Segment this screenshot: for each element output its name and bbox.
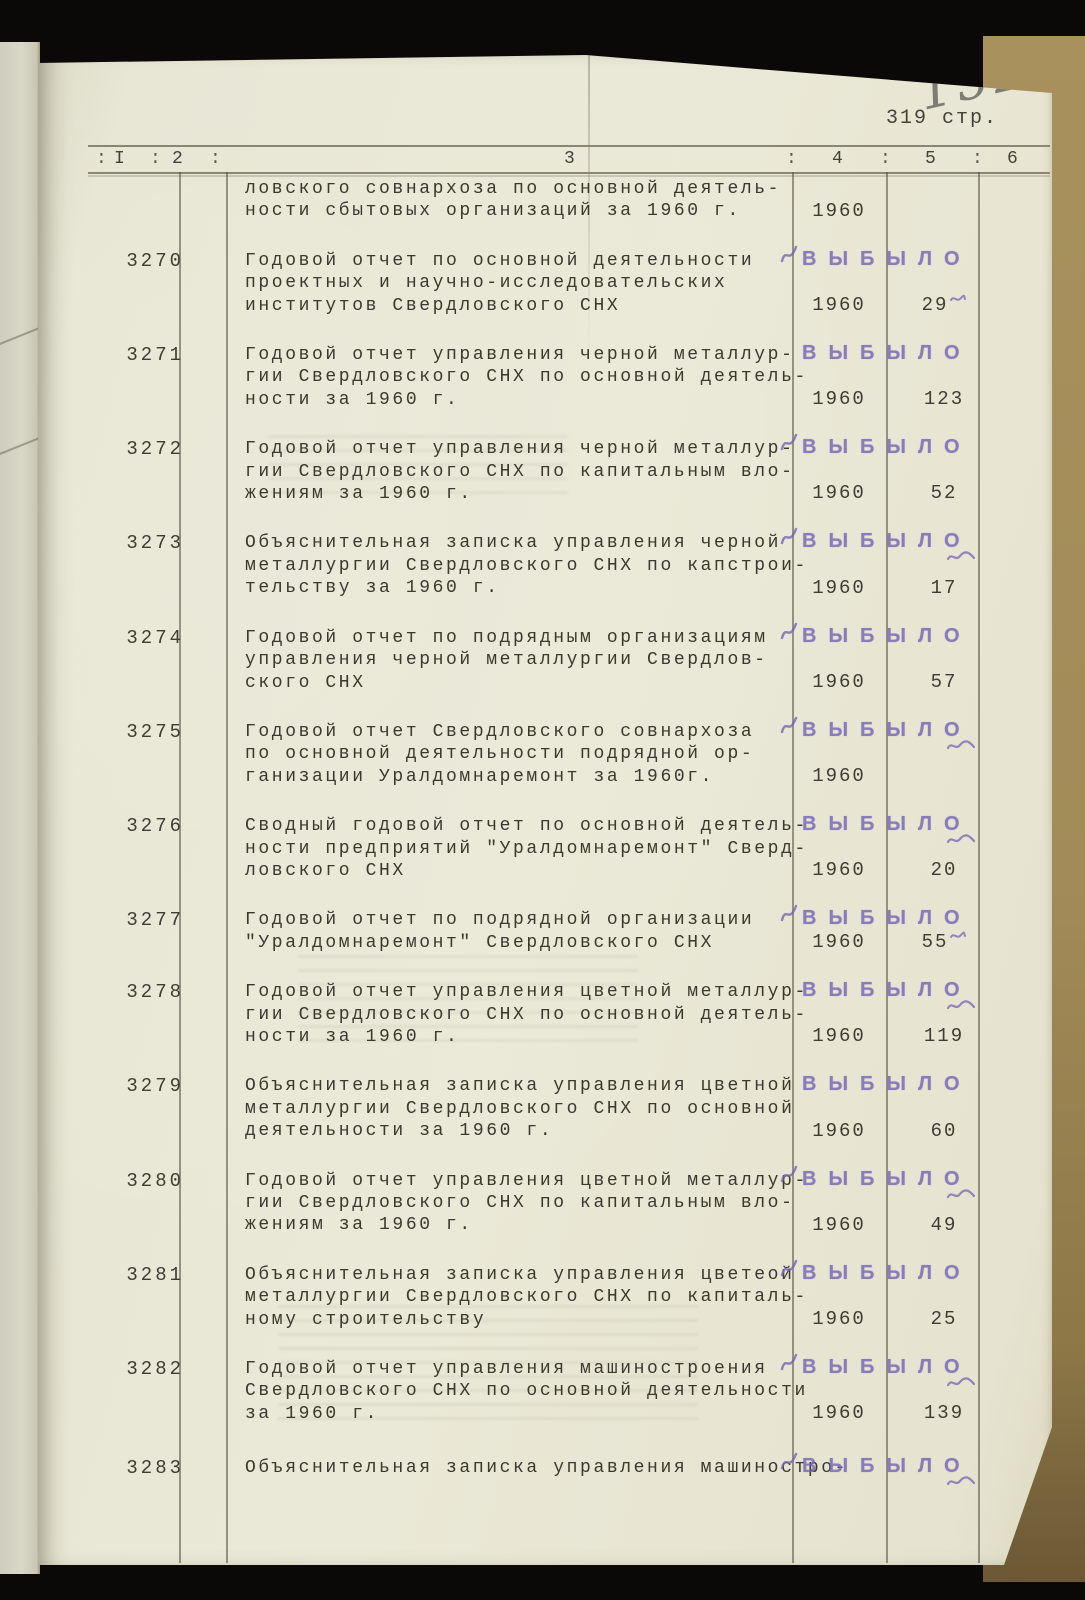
description-line: управления черной металлургии Свердлов-: [245, 649, 845, 671]
vybylo-stamp: ВЫБЫЛО: [802, 1168, 972, 1191]
record-description: Годовой отчет по подрядным организацияму…: [245, 627, 845, 694]
stamp-label: ВЫБЫЛО: [802, 530, 972, 552]
table-row: 3272 Годовой отчет управления черной мет…: [38, 438, 1052, 505]
stamp-label: ВЫБЫЛО: [802, 248, 972, 270]
description-line: деятельности за 1960 г.: [245, 1120, 845, 1142]
description-line: Объяснительная записка управления машино…: [245, 1457, 845, 1479]
stamp-flourish-icon: [946, 1475, 976, 1494]
sheet-count-value: 17: [931, 577, 958, 599]
record-number: 3282: [112, 1358, 184, 1380]
pen-tail-icon: [950, 288, 966, 310]
header-separator: :: [880, 147, 892, 171]
record-number: 3283: [112, 1457, 184, 1479]
description-line: гии Свердловского СНХ по капитальным вло…: [245, 1192, 845, 1214]
record-description: Объяснительная записка управления цветно…: [245, 1075, 845, 1142]
description-line: Годовой отчет управления черной металлур…: [245, 438, 845, 460]
table-row: 3276 Сводный годовой отчет по основной д…: [38, 815, 1052, 882]
stamp-flourish-icon: [946, 1376, 976, 1395]
record-description: Объяснительная записка управления цветео…: [245, 1264, 845, 1331]
sheet-count-value: 60: [931, 1120, 958, 1142]
record-year: 1960: [792, 931, 886, 953]
description-line: жениям за 1960 г.: [245, 1214, 845, 1236]
stamp-flourish-icon: [946, 999, 976, 1018]
description-line: ганизации Уралдомнаремонт за 1960г.: [245, 766, 845, 788]
vybylo-stamp: ВЫБЫЛО: [802, 625, 972, 648]
record-year: 1960: [792, 859, 886, 881]
description-line: металлургии Свердловского СНХ по основно…: [245, 1098, 845, 1120]
vybylo-stamp: ВЫБЫЛО: [802, 342, 972, 365]
stamp-checkmark-icon: [780, 432, 798, 461]
record-description: Годовой отчет управления черной металлур…: [245, 344, 845, 411]
record-description: Объяснительная записка управления машино…: [245, 1457, 845, 1479]
stamp-flourish-icon: [946, 739, 976, 758]
record-year: 1960: [792, 1120, 886, 1142]
sheet-count-label: 319 стр.: [886, 107, 998, 130]
table-rows: ловского совнархоза по основной деятель-…: [38, 172, 1052, 1508]
stamp-checkmark-icon: [780, 1451, 798, 1480]
column-header-2: 2: [172, 147, 184, 171]
header-separator: :: [150, 147, 162, 171]
table-row: 3280 Годовой отчет управления цветной ме…: [38, 1170, 1052, 1237]
description-line: Годовой отчет управления черной металлур…: [245, 344, 845, 366]
stamp-label: ВЫБЫЛО: [802, 436, 972, 458]
stamp-checkmark-icon: [780, 1258, 798, 1287]
sheet-count-value: 119: [924, 1025, 964, 1047]
description-line: Годовой отчет управления цветной металлу…: [245, 981, 845, 1003]
vybylo-stamp: ВЫБЫЛО: [802, 1073, 972, 1096]
column-header-6: 6: [1007, 147, 1019, 171]
description-line: ности за 1960 г.: [245, 389, 845, 411]
description-line: Объяснительная записка управления цветео…: [245, 1264, 845, 1286]
stamp-flourish-icon: [946, 1188, 976, 1207]
description-line: Сводный годовой отчет по основной деятел…: [245, 815, 845, 837]
document-page: 152 319 стр. : I : 2 : 3 : 4 : 5 : 6 лов…: [38, 55, 1052, 1565]
sheet-count-value: 29: [922, 294, 949, 316]
description-line: Годовой отчет Свердловского совнархоза: [245, 721, 845, 743]
stamp-checkmark-icon: [780, 1164, 798, 1193]
record-number: 3279: [112, 1075, 184, 1097]
record-sheet-count: 29: [894, 288, 994, 316]
column-header-5: 5: [925, 147, 937, 171]
stamp-label: ВЫБЫЛО: [802, 813, 972, 835]
description-line: ному строительству: [245, 1309, 845, 1331]
record-sheet-count: 139: [894, 1402, 994, 1424]
record-year: 1960: [792, 671, 886, 693]
stamp-checkmark-icon: [780, 715, 798, 744]
description-line: Объяснительная записка управления цветно…: [245, 1075, 845, 1097]
sheet-count-value: 52: [931, 482, 958, 504]
description-line: за 1960 г.: [245, 1403, 845, 1425]
table-row: 3275 Годовой отчет Свердловского совнарх…: [38, 721, 1052, 788]
record-year: 1960: [792, 294, 886, 316]
description-line: ского СНХ: [245, 672, 845, 694]
record-number: 3278: [112, 981, 184, 1003]
record-description: Сводный годовой отчет по основной деятел…: [245, 815, 845, 882]
record-description: Годовой отчет управления цветной металлу…: [245, 981, 845, 1048]
vybylo-stamp: ВЫБЫЛО: [802, 248, 972, 271]
table-row: 3278 Годовой отчет управления цветной ме…: [38, 981, 1052, 1048]
description-line: Годовой отчет по подрядным организациям: [245, 627, 845, 649]
sheet-count-value: 123: [924, 388, 964, 410]
description-line: Годовой отчет управления цветной металлу…: [245, 1170, 845, 1192]
table-row: 3279 Объяснительная записка управления ц…: [38, 1075, 1052, 1142]
stamp-checkmark-icon: [780, 903, 798, 932]
vybylo-stamp: ВЫБЫЛО: [802, 813, 972, 836]
sheet-count-value: 57: [931, 671, 958, 693]
table-row: 3281 Объяснительная записка управления ц…: [38, 1264, 1052, 1331]
record-description: Объяснительная записка управления черной…: [245, 532, 845, 599]
stamp-checkmark-icon: [780, 621, 798, 650]
table-row: ловского совнархоза по основной деятель-…: [38, 178, 1052, 223]
record-year: 1960: [792, 1214, 886, 1236]
description-line: гии Свердловского СНХ по капитальным вло…: [245, 461, 845, 483]
sheet-count-value: 20: [931, 859, 958, 881]
table-row: 3270 Годовой отчет по основной деятельно…: [38, 250, 1052, 317]
sheet-count-value: 55: [922, 931, 949, 953]
description-line: ности предприятий "Уралдомнаремонт" Свер…: [245, 838, 845, 860]
record-description: Годовой отчет по подрядной организации"У…: [245, 909, 845, 954]
stamp-flourish-icon: [946, 550, 976, 569]
vybylo-stamp: ВЫБЫЛО: [802, 979, 972, 1002]
record-year: 1960: [792, 1308, 886, 1330]
record-year: 1960: [792, 765, 886, 787]
record-sheet-count: 25: [894, 1308, 994, 1330]
vybylo-stamp: ВЫБЫЛО: [802, 719, 972, 742]
record-year: 1960: [792, 1402, 886, 1424]
stamp-checkmark-icon: [780, 1352, 798, 1381]
vybylo-stamp: ВЫБЫЛО: [802, 530, 972, 553]
column-header-3: 3: [564, 147, 576, 171]
record-number: 3270: [112, 250, 184, 272]
record-number: 3272: [112, 438, 184, 460]
description-line: по основной деятельности подрядной ор-: [245, 743, 845, 765]
stamp-label: ВЫБЫЛО: [802, 979, 972, 1001]
record-description: ловского совнархоза по основной деятель-…: [245, 178, 845, 223]
record-sheet-count: 57: [894, 671, 994, 693]
vybylo-stamp: ВЫБЫЛО: [802, 436, 972, 459]
record-sheet-count: 20: [894, 859, 994, 881]
record-sheet-count: 60: [894, 1120, 994, 1142]
description-line: Объяснительная записка управления черной: [245, 532, 845, 554]
table-row: 3274 Годовой отчет по подрядным организа…: [38, 627, 1052, 694]
record-number: 3277: [112, 909, 184, 931]
previous-page-edge: [0, 42, 40, 1574]
description-line: Свердловского СНХ по основной деятельнос…: [245, 1380, 845, 1402]
record-number: 3281: [112, 1264, 184, 1286]
record-sheet-count: 119: [894, 1025, 994, 1047]
record-description: Годовой отчет управления машиностроенияС…: [245, 1358, 845, 1425]
vybylo-stamp: ВЫБЫЛО: [802, 1262, 972, 1285]
description-line: металлургии Свердловского СНХ по капстро…: [245, 555, 845, 577]
record-number: 3275: [112, 721, 184, 743]
column-header-4: 4: [832, 147, 844, 171]
description-line: жениям за 1960 г.: [245, 483, 845, 505]
stamp-flourish-icon: [946, 833, 976, 852]
sheet-count-value: 25: [931, 1308, 958, 1330]
stamp-checkmark-icon: [780, 526, 798, 555]
stamp-label: ВЫБЫЛО: [802, 1168, 972, 1190]
sheet-count-value: 139: [924, 1402, 964, 1424]
record-number: 3280: [112, 1170, 184, 1192]
description-line: ности сбытовых организаций за 1960 г.: [245, 200, 845, 222]
column-header-1: I: [114, 147, 126, 171]
record-number: 3274: [112, 627, 184, 649]
description-line: гии Свердловского СНХ по основной деятел…: [245, 1004, 845, 1026]
record-year: 1960: [792, 1025, 886, 1047]
record-number: 3273: [112, 532, 184, 554]
sheet-count-value: 49: [931, 1214, 958, 1236]
record-year: 1960: [792, 482, 886, 504]
description-line: институтов Свердловского СНХ: [245, 295, 845, 317]
stamp-label: ВЫБЫЛО: [802, 625, 972, 647]
stamp-label: ВЫБЫЛО: [802, 1356, 972, 1378]
record-sheet-count: 52: [894, 482, 994, 504]
description-line: "Уралдомнаремонт" Свердловского СНХ: [245, 932, 845, 954]
description-line: ловского СНХ: [245, 860, 845, 882]
stamp-label: ВЫБЫЛО: [802, 1455, 972, 1477]
description-line: ности за 1960 г.: [245, 1026, 845, 1048]
table-row: 3273 Объяснительная записка управления ч…: [38, 532, 1052, 599]
stamp-label: ВЫБЫЛО: [802, 1073, 972, 1095]
record-number: 3276: [112, 815, 184, 837]
table-column-header: : I : 2 : 3 : 4 : 5 : 6: [38, 147, 1052, 171]
record-description: Годовой отчет управления цветной металлу…: [245, 1170, 845, 1237]
table-row: 3283 Объяснительная записка управления м…: [38, 1457, 1052, 1481]
record-year: 1960: [792, 577, 886, 599]
record-year: 1960: [792, 388, 886, 410]
table-row: 3282 Годовой отчет управления машиностро…: [38, 1358, 1052, 1425]
record-sheet-count: 49: [894, 1214, 994, 1236]
header-separator: :: [96, 147, 108, 171]
vybylo-stamp: ВЫБЫЛО: [802, 1455, 972, 1478]
header-separator: :: [972, 147, 984, 171]
stamp-label: ВЫБЫЛО: [802, 1262, 972, 1284]
description-line: проектных и научно-исследовательских: [245, 272, 845, 294]
description-line: тельству за 1960 г.: [245, 577, 845, 599]
record-sheet-count: 17: [894, 577, 994, 599]
stamp-label: ВЫБЫЛО: [802, 719, 972, 741]
record-sheet-count: 123: [894, 388, 994, 410]
description-line: Годовой отчет управления машиностроения: [245, 1358, 845, 1380]
vybylo-stamp: ВЫБЫЛО: [802, 1356, 972, 1379]
record-description: Годовой отчет Свердловского совнархозапо…: [245, 721, 845, 788]
description-line: ловского совнархоза по основной деятель-: [245, 178, 845, 200]
description-line: Годовой отчет по основной деятельности: [245, 250, 845, 272]
record-description: Годовой отчет по основной деятельностипр…: [245, 250, 845, 317]
pen-tail-icon: [950, 925, 966, 947]
header-separator: :: [210, 147, 222, 171]
table-row: 3271 Годовой отчет управления черной мет…: [38, 344, 1052, 411]
description-line: металлургии Свердловского СНХ по капитал…: [245, 1286, 845, 1308]
table-row: 3277 Годовой отчет по подрядной организа…: [38, 909, 1052, 954]
stamp-label: ВЫБЫЛО: [802, 342, 972, 364]
record-number: 3271: [112, 344, 184, 366]
description-line: Годовой отчет по подрядной организации: [245, 909, 845, 931]
header-separator: :: [786, 147, 798, 171]
record-year: 1960: [792, 200, 886, 222]
description-line: гии Свердловского СНХ по основной деятел…: [245, 366, 845, 388]
record-sheet-count: 55: [894, 925, 994, 953]
scanned-book-spread: 152 319 стр. : I : 2 : 3 : 4 : 5 : 6 лов…: [0, 0, 1085, 1600]
stamp-checkmark-icon: [780, 244, 798, 273]
record-description: Годовой отчет управления черной металлур…: [245, 438, 845, 505]
